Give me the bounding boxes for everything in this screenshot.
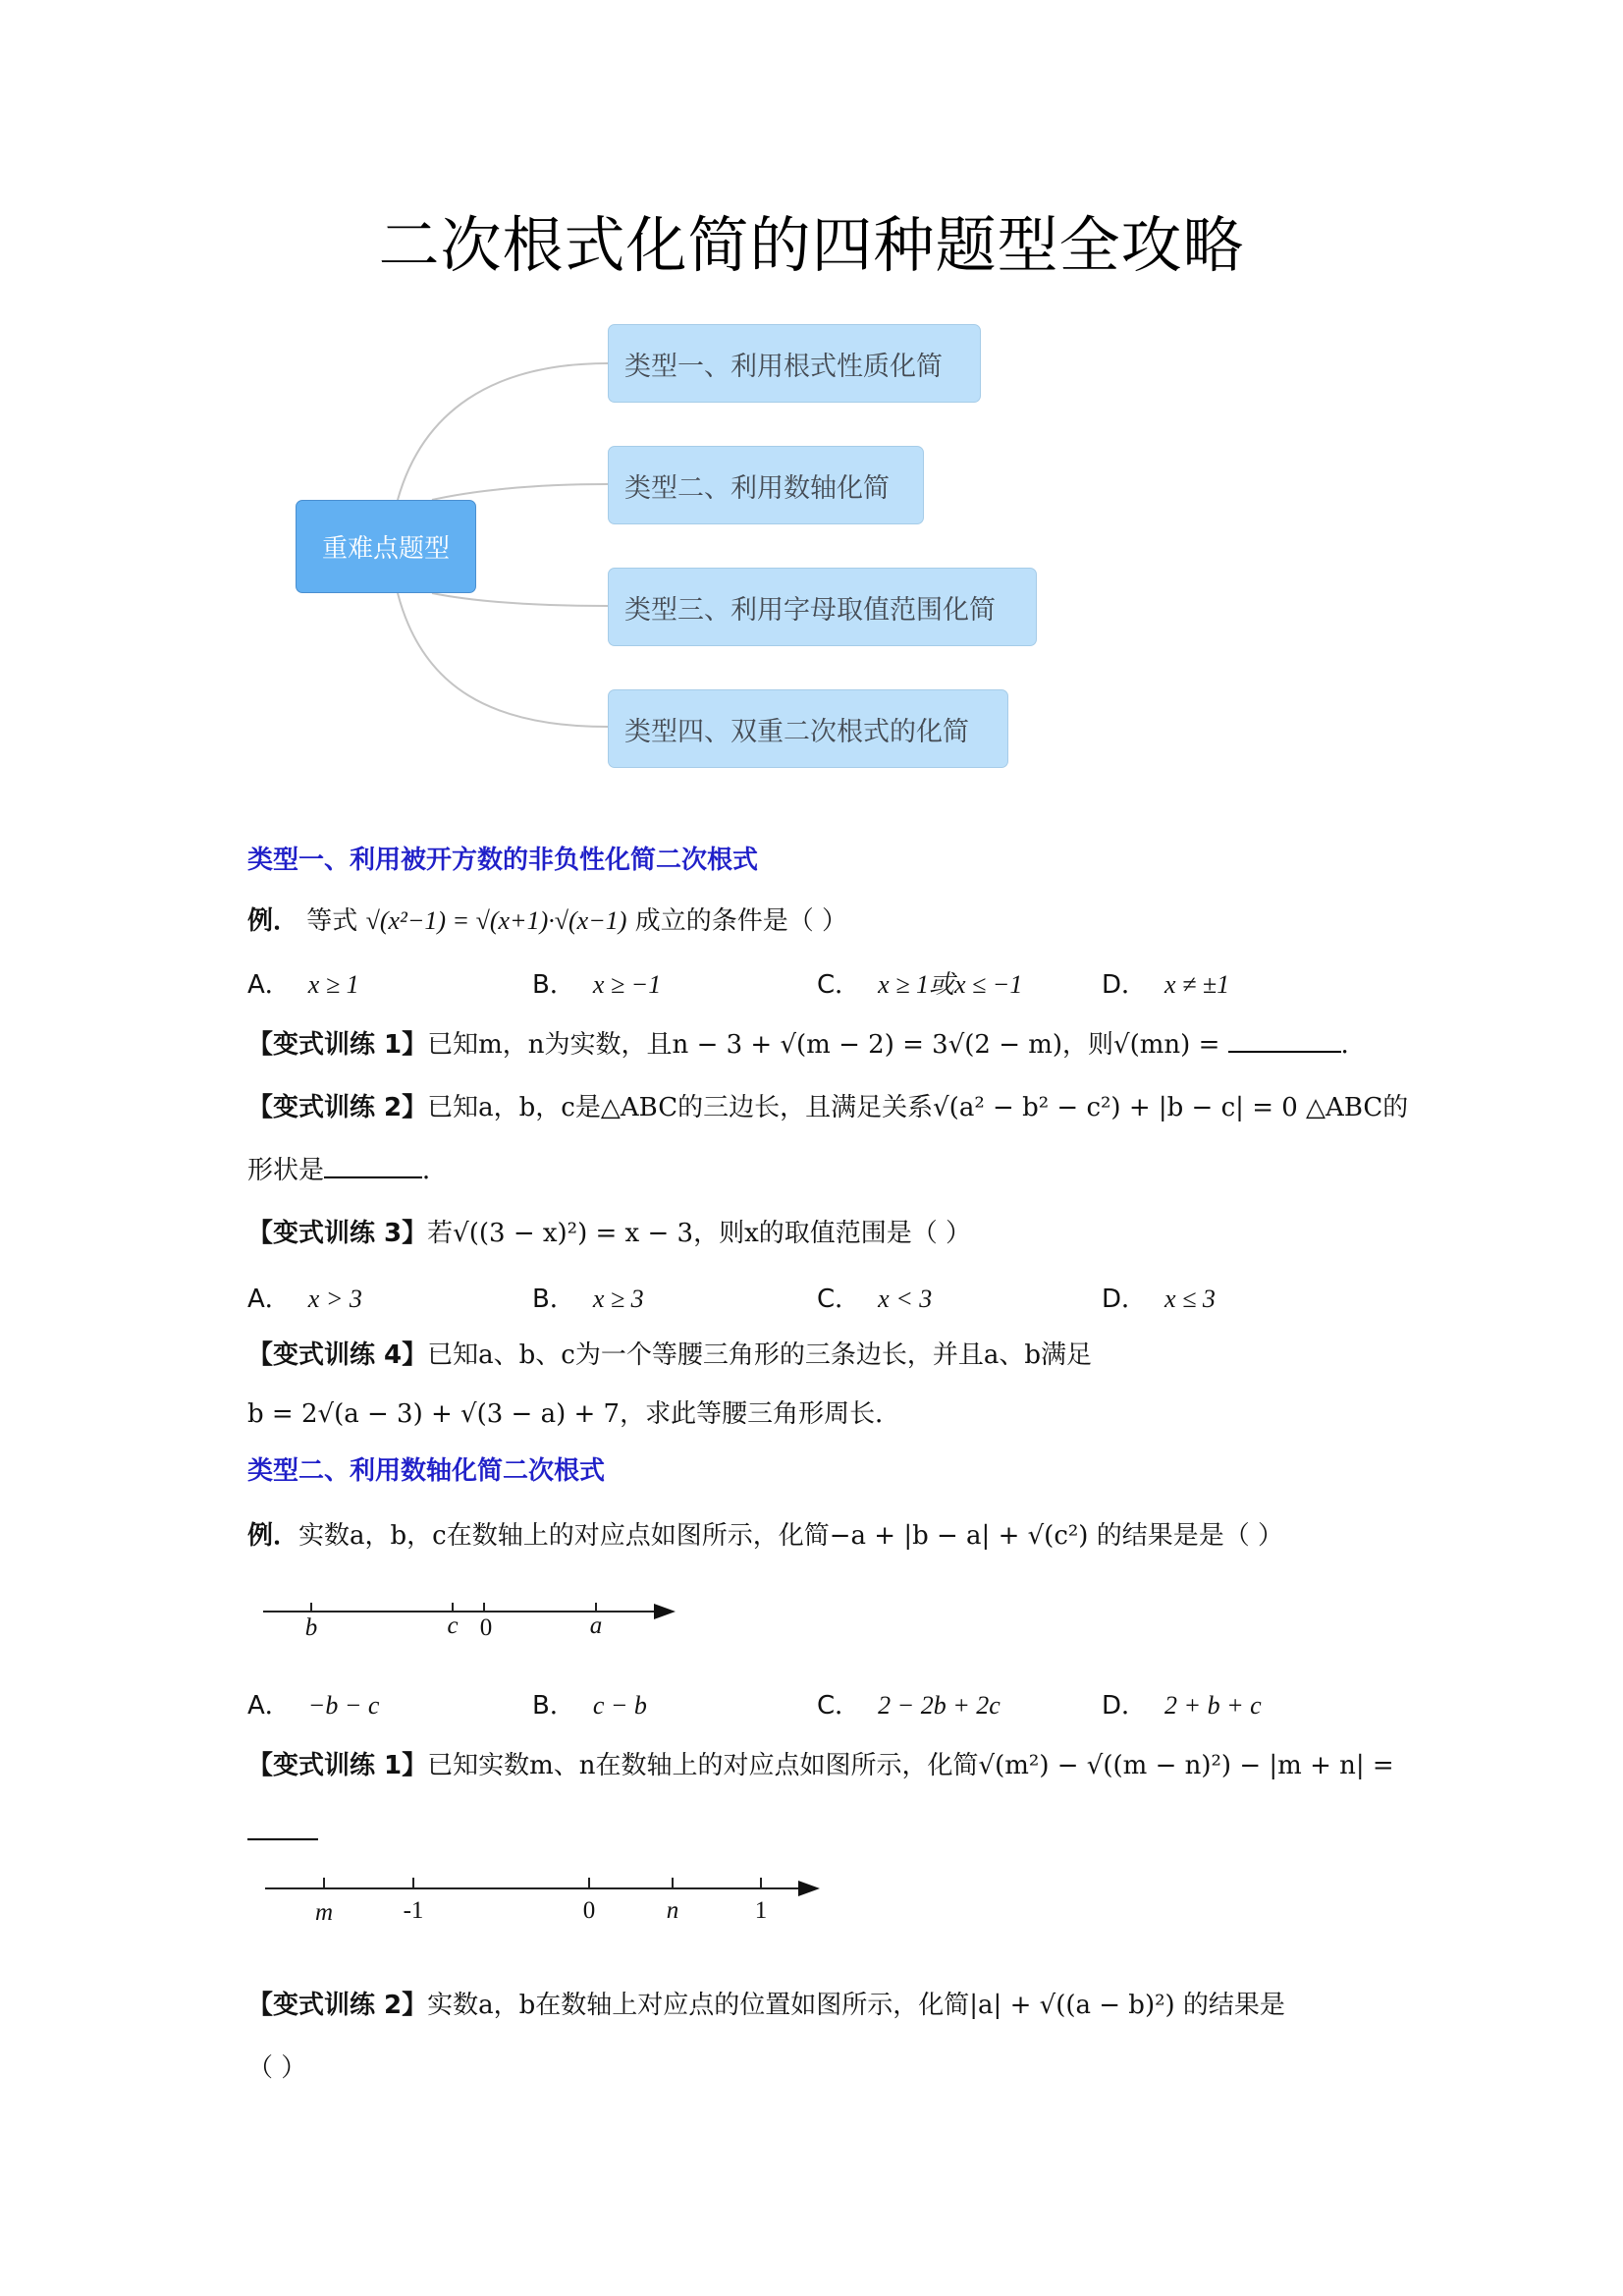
option-value: 2 + b + c	[1164, 1691, 1262, 1720]
option-value: x ≥ 1或x ≤ −1	[878, 970, 1022, 999]
exercise-label: 【变式训练 2】	[247, 1093, 427, 1122]
label-0: 0	[480, 1614, 493, 1642]
exercise-tail: ．	[422, 1156, 448, 1185]
example-label: 例．	[247, 906, 298, 936]
option-letter: A．	[247, 970, 291, 1000]
section2-example-option-b[interactable]: B．c − b	[532, 1685, 647, 1722]
option-value: c − b	[593, 1691, 647, 1720]
exercise-text: b = 2√(a − 3) + √(3 − a) + 7，求此等腰三角形周长．	[247, 1399, 900, 1429]
exercise-label: 【变式训练 1】	[247, 1030, 427, 1060]
exercise-label: 【变式训练 2】	[247, 1991, 427, 2020]
exercise-label: 【变式训练 4】	[247, 1340, 427, 1370]
option-letter: A．	[247, 1691, 291, 1721]
label-neg1: -1	[404, 1897, 424, 1925]
section1-example-option-b[interactable]: B．x ≥ −1	[532, 964, 661, 1001]
option-value: x > 3	[308, 1285, 362, 1313]
mindmap-branch-type-1: 类型一、利用根式性质化简	[608, 324, 981, 403]
mindmap-root-node: 重难点题型	[296, 500, 476, 593]
tick-1	[760, 1878, 762, 1887]
section2-exercise-2-line2: （ ）	[247, 2049, 306, 2088]
option-letter: D．	[1102, 1285, 1147, 1314]
option-letter: B．	[532, 1691, 575, 1721]
arrow-icon	[654, 1604, 676, 1619]
option-value: x ≠ ±1	[1164, 970, 1229, 999]
section1-exercise3-option-b[interactable]: B．x ≥ 3	[532, 1279, 644, 1315]
example-text: 实数a，b，c在数轴上的对应点如图所示，化简−a + |b − a| + √(c…	[298, 1521, 1283, 1551]
mindmap: 重难点题型 类型一、利用根式性质化简 类型二、利用数轴化简 类型三、利用字母取值…	[0, 0, 1623, 805]
option-letter: D．	[1102, 970, 1147, 1000]
exercise-text: 形状是	[247, 1156, 324, 1185]
mindmap-connectors	[0, 0, 1623, 805]
section1-exercise3-option-d[interactable]: D．x ≤ 3	[1102, 1279, 1216, 1315]
label-m: m	[315, 1899, 333, 1927]
section2-exercise-2: 【变式训练 2】实数a，b在数轴上对应点的位置如图所示，化简|a| + √((a…	[247, 1986, 1285, 2025]
option-value: −b − c	[308, 1691, 380, 1720]
option-letter: A．	[247, 1285, 291, 1314]
exercise-tail: ．	[1341, 1030, 1367, 1060]
section1-exercise-3: 【变式训练 3】若√((3 − x)²) = x − 3，则x的取值范围是（ ）	[247, 1214, 971, 1253]
number-line-abc: b c 0 a	[263, 1601, 676, 1650]
section1-exercise-4: 【变式训练 4】已知a、b、c为一个等腰三角形的三条边长，并且a、b满足	[247, 1336, 1092, 1375]
section1-example-option-a[interactable]: A．x ≥ 1	[247, 964, 359, 1001]
mindmap-branch-type-2: 类型二、利用数轴化简	[608, 446, 924, 524]
exercise-label: 【变式训练 1】	[247, 1751, 427, 1780]
section2-example-option-a[interactable]: A．−b − c	[247, 1685, 379, 1722]
label-b: b	[305, 1614, 318, 1642]
section1-exercise-4-line2: b = 2√(a − 3) + √(3 − a) + 7，求此等腰三角形周长．	[247, 1394, 900, 1434]
example-label: 例．	[247, 1521, 298, 1551]
section1-exercise-1: 【变式训练 1】已知m，n为实数，且n − 3 + √(m − 2) = 3√(…	[247, 1025, 1367, 1065]
example-formula: √(x²−1) = √(x+1)·√(x−1)	[366, 906, 627, 935]
label-c: c	[447, 1613, 458, 1640]
mindmap-branch-type-3: 类型三、利用字母取值范围化简	[608, 568, 1037, 646]
option-letter: C．	[817, 1285, 860, 1314]
example-text-before: 等式	[306, 906, 357, 936]
mindmap-branch-type-4: 类型四、双重二次根式的化简	[608, 689, 1008, 768]
option-value: x ≤ 3	[1164, 1285, 1216, 1313]
option-letter: B．	[532, 970, 575, 1000]
tick-0	[483, 1603, 485, 1613]
label-a: a	[590, 1613, 603, 1640]
exercise-text: 已知m，n为实数，且n − 3 + √(m − 2) = 3√(2 − m)，则…	[427, 1030, 1219, 1060]
label-0: 0	[583, 1897, 596, 1925]
section2-example-option-d[interactable]: D．2 + b + c	[1102, 1685, 1262, 1722]
tick-0	[588, 1878, 590, 1887]
number-line-mn: m -1 0 n 1	[265, 1878, 825, 1937]
answer-blank[interactable]	[247, 1807, 318, 1840]
tick-a	[595, 1603, 597, 1613]
option-value: x ≥ 3	[593, 1285, 644, 1313]
tick-b	[310, 1603, 312, 1613]
section1-example-option-c[interactable]: C．x ≥ 1或x ≤ −1	[817, 964, 1022, 1001]
section2-example-option-c[interactable]: C．2 − 2b + 2c	[817, 1685, 1001, 1722]
label-n: n	[667, 1897, 679, 1925]
exercise-text: 若√((3 − x)²) = x − 3，则x的取值范围是（ ）	[427, 1219, 971, 1248]
section1-exercise-2-line2: 形状是．	[247, 1151, 448, 1190]
tick-c	[452, 1603, 454, 1613]
exercise-text: 已知a、b、c为一个等腰三角形的三条边长，并且a、b满足	[427, 1340, 1092, 1370]
arrow-icon	[798, 1881, 820, 1896]
answer-blank[interactable]	[324, 1153, 422, 1178]
section2-example: 例．实数a，b，c在数轴上的对应点如图所示，化简−a + |b − a| + √…	[247, 1516, 1283, 1556]
option-value: x ≥ 1	[308, 970, 359, 999]
exercise-text: 实数a，b在数轴上对应点的位置如图所示，化简|a| + √((a − b)²) …	[427, 1991, 1285, 2020]
exercise-label: 【变式训练 3】	[247, 1219, 427, 1248]
answer-parentheses: （ ）	[247, 2053, 306, 2083]
option-letter: B．	[532, 1285, 575, 1314]
section1-example: 例． 等式 √(x²−1) = √(x+1)·√(x−1) 成立的条件是（ ）	[247, 902, 847, 941]
section2-exercise-1: 【变式训练 1】已知实数m、n在数轴上的对应点如图所示，化简√(m²) − √(…	[247, 1746, 1394, 1785]
label-1: 1	[755, 1897, 768, 1925]
option-value: x < 3	[878, 1285, 932, 1313]
section-heading-type-2: 类型二、利用数轴化简二次根式	[247, 1451, 605, 1491]
section-heading-type-1: 类型一、利用被开方数的非负性化简二次根式	[247, 841, 758, 880]
axis-line	[265, 1887, 800, 1889]
option-value: 2 − 2b + 2c	[878, 1691, 1001, 1720]
exercise-text: 已知实数m、n在数轴上的对应点如图所示，化简√(m²) − √((m − n)²…	[427, 1751, 1394, 1780]
option-value: x ≥ −1	[593, 970, 661, 999]
example-text-after: 成立的条件是（ ）	[635, 906, 847, 936]
tick-neg1	[412, 1878, 414, 1887]
section1-exercise3-option-a[interactable]: A．x > 3	[247, 1279, 362, 1315]
section1-example-option-d[interactable]: D．x ≠ ±1	[1102, 964, 1229, 1001]
tick-n	[672, 1878, 674, 1887]
option-letter: C．	[817, 970, 860, 1000]
section1-exercise3-option-c[interactable]: C．x < 3	[817, 1279, 932, 1315]
answer-blank[interactable]	[1228, 1027, 1341, 1053]
exercise-text: 已知a，b，c是△ABC的三边长，且满足关系√(a² − b² − c²) + …	[427, 1093, 1408, 1122]
option-letter: D．	[1102, 1691, 1147, 1721]
option-letter: C．	[817, 1691, 860, 1721]
tick-m	[323, 1878, 325, 1887]
section1-exercise-2: 【变式训练 2】已知a，b，c是△ABC的三边长，且满足关系√(a² − b² …	[247, 1088, 1408, 1127]
